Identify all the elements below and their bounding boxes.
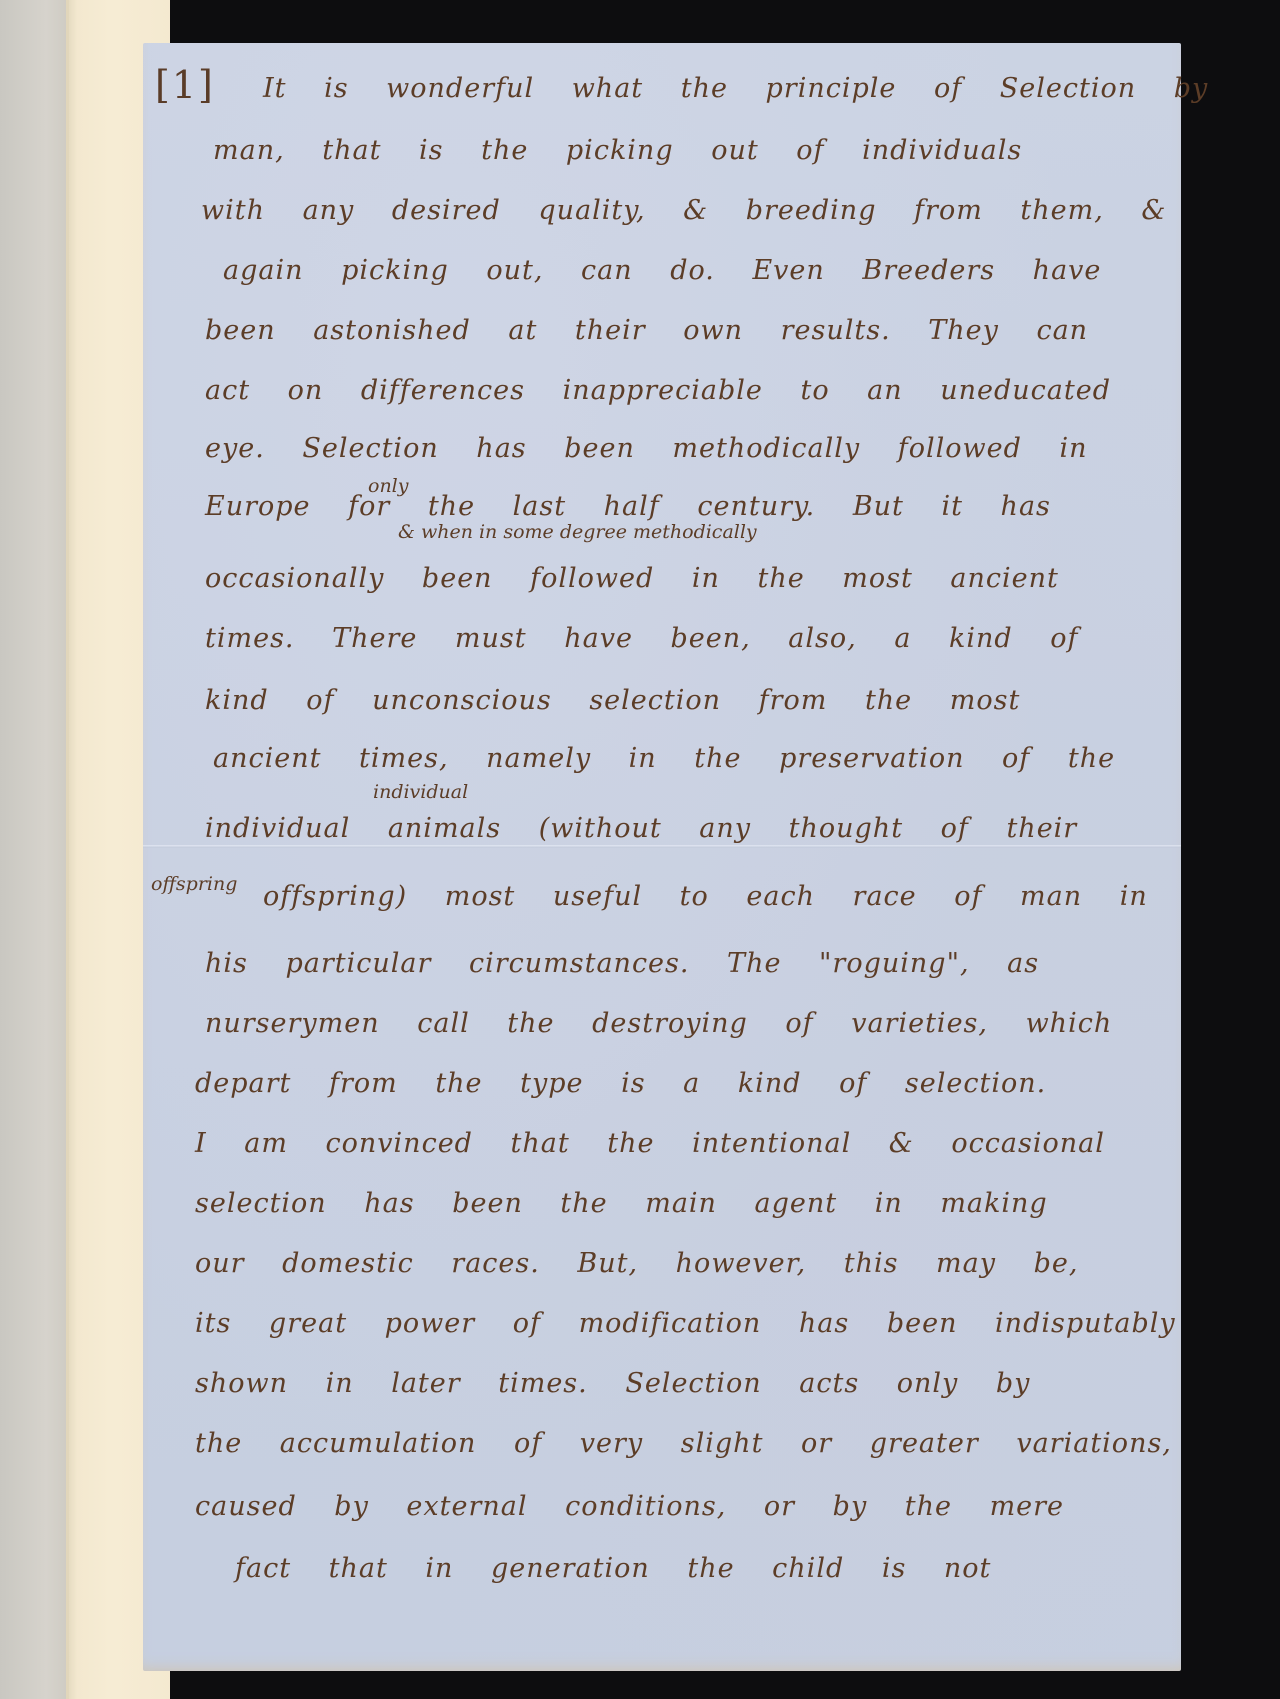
interlinear-insertion: & when in some degree methodically — [398, 521, 757, 543]
manuscript-line: kind of unconscious selection from the m… — [205, 685, 1020, 716]
manuscript-line: its great power of modification has been… — [195, 1308, 1176, 1339]
manuscript-line: offspring) most useful to each race of m… — [263, 881, 1148, 912]
manuscript-line: depart from the type is a kind of select… — [195, 1068, 1046, 1099]
fold-line — [143, 845, 1181, 848]
manuscript-line: our domestic races. But, however, this m… — [195, 1248, 1078, 1279]
manuscript-page: [1] 1 51 It is wonderful what the princi… — [143, 43, 1181, 1671]
manuscript-line: caused by external conditions, or by the… — [195, 1491, 1064, 1522]
manuscript-line: act on differences inappreciable to an u… — [205, 375, 1111, 406]
manuscript-line: ancient times, namely in the preservatio… — [213, 743, 1115, 774]
manuscript-line: It is wonderful what the principle of Se… — [263, 73, 1208, 104]
manuscript-line: again picking out, can do. Even Breeders… — [223, 255, 1101, 286]
interlinear-insertion: individual — [373, 781, 468, 803]
manuscript-line: shown in later times. Selection acts onl… — [195, 1368, 1030, 1399]
manuscript-line: Europe for the last half century. But it… — [205, 491, 1051, 522]
manuscript-line: I am convinced that the intentional & oc… — [195, 1128, 1105, 1159]
manuscript-line: selection has been the main agent in mak… — [195, 1188, 1048, 1219]
manuscript-line: his particular circumstances. The "rogui… — [205, 948, 1039, 979]
interlinear-insertion: only — [368, 475, 409, 497]
manuscript-line: man, that is the picking out of individu… — [213, 135, 1022, 166]
book-edge-strip — [0, 0, 66, 1699]
manuscript-line: individual animals (without any thought … — [205, 813, 1077, 844]
manuscript-line: the accumulation of very slight or great… — [195, 1428, 1172, 1459]
manuscript-line: with any desired quality, & breeding fro… — [201, 195, 1166, 226]
manuscript-line: occasionally been followed in the most a… — [205, 563, 1059, 594]
interlinear-insertion: offspring — [151, 873, 237, 895]
manuscript-line: times. There must have been, also, a kin… — [205, 623, 1079, 654]
manuscript-line: been astonished at their own results. Th… — [205, 315, 1088, 346]
folio-label: [1] — [155, 63, 215, 107]
manuscript-line: fact that in generation the child is not — [235, 1553, 991, 1584]
manuscript-line: nurserymen call the destroying of variet… — [205, 1008, 1112, 1039]
manuscript-line: eye. Selection has been methodically fol… — [205, 433, 1088, 464]
